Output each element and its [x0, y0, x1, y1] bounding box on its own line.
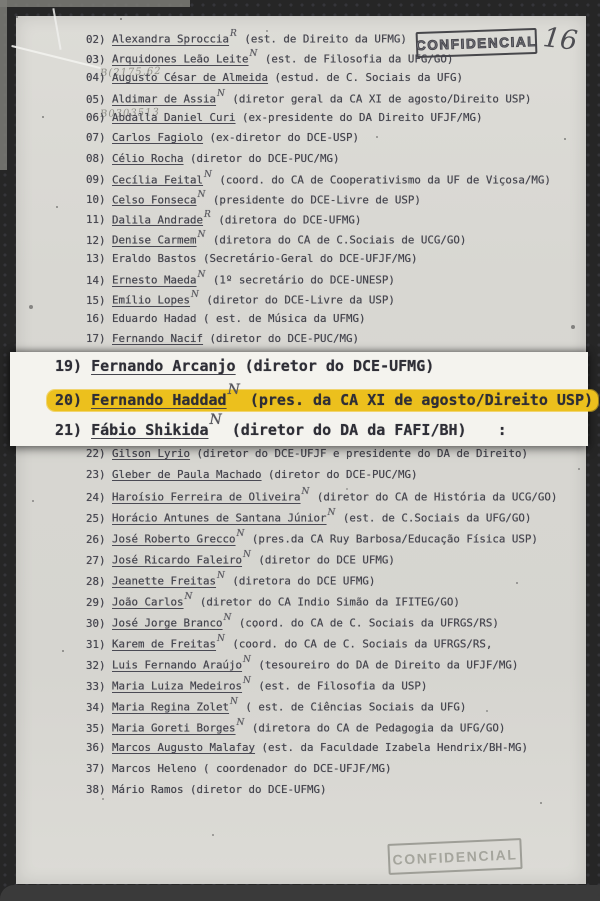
item-number: 38) — [86, 783, 106, 796]
item-description: (diretor do DCE-UFMG) — [184, 783, 327, 796]
item-description: (diretor do DA da FAFI/BH) — [223, 421, 467, 439]
handwritten-mark: N — [185, 592, 193, 602]
item-number: 28) — [86, 575, 106, 588]
item-number: 14) — [86, 274, 106, 287]
stray-mark: : — [498, 421, 507, 439]
item-number: 15) — [86, 294, 106, 307]
item-description: (coord. do CA de C. Sociais da UFRGS/RS) — [232, 617, 499, 630]
item-name: Fernando Arcanjo — [91, 357, 236, 375]
list-item: 02)Alexandra SprocciaR (est. de Direito … — [86, 31, 551, 51]
list-item: 25)Horácio Antunes de Santana JúniorN (e… — [86, 510, 557, 531]
list-item: 29)João CarlosN (diretor do CA Indio Sim… — [86, 594, 557, 615]
item-name: Ernesto Maeda — [112, 274, 197, 287]
list-item: 08)Célio Rocha (diretor do DCE-PUC/MG) — [86, 152, 551, 172]
list-item: 05)Aldimar de AssiaN (diretor geral da C… — [86, 91, 551, 111]
item-name: Carlos Fagiolo — [112, 131, 203, 144]
list-item: 31)Karem de FreitasN (coord. do CA de C.… — [86, 636, 557, 657]
item-number: 30) — [86, 617, 106, 630]
item-name: Alexandra Sproccia — [112, 33, 229, 46]
inset-list-item: 21)Fábio ShikidaN (diretor do DA da FAFI… — [55, 417, 588, 447]
list-item: 35)Maria Goreti BorgesN (diretora do CA … — [86, 720, 557, 741]
list-item: 26)José Roberto GreccoN (pres.da CA Ruy … — [86, 531, 557, 552]
item-name: Jeanette Freitas — [112, 575, 216, 588]
item-name: Denise Carmem — [112, 234, 197, 247]
item-number: 29) — [86, 596, 106, 609]
list-item: 11)Dalila AndradeR (diretora do DCE-UFMG… — [86, 212, 551, 232]
inset-item-content: 19)Fernando Arcanjo (diretor do DCE-UFMG… — [47, 356, 439, 377]
item-description: (presidente do DCE-Livre de USP) — [206, 193, 421, 206]
list-item: 03)Arquidones Leão LeiteN (est. de Filos… — [86, 51, 551, 71]
inset-item-content: 21)Fábio ShikidaN (diretor do DA da FAFI… — [47, 420, 472, 441]
item-name: Fábio Shikida — [91, 421, 208, 439]
list-item: 30)José Jorge BrancoN (coord. do CA de C… — [86, 615, 557, 636]
list-item: 07)Carlos Fagiolo (ex-diretor do DCE-USP… — [86, 131, 551, 151]
scan-frame-bottom-band — [0, 885, 600, 901]
item-description: (diretor do DCE UFMG) — [252, 554, 395, 567]
item-number: 31) — [86, 638, 106, 651]
item-number: 02) — [86, 33, 106, 46]
typed-list-upper: 02)Alexandra SprocciaR (est. de Direito … — [86, 31, 551, 353]
item-name: Fernando Nacif — [112, 332, 203, 345]
handwritten-mark: N — [302, 487, 310, 497]
item-number: 22) — [86, 447, 106, 460]
handwritten-mark: N — [230, 697, 238, 707]
inset-item-content: 20)Fernando HaddadN (pres. da CA XI de a… — [47, 390, 598, 411]
confidencial-stamp-bottom: CONFIDENCIAL — [387, 838, 522, 875]
item-number: 37) — [86, 762, 106, 775]
item-number: 10) — [86, 193, 106, 206]
item-number: 24) — [86, 491, 106, 504]
item-name: Mário Ramos — [112, 783, 184, 796]
item-description: (pres.da CA Ruy Barbosa/Educação Física … — [245, 533, 538, 546]
list-item: 34)Maria Regina ZoletN ( est. de Ciência… — [86, 699, 557, 720]
item-description: (pres. da CA XI de agosto/Direito USP) — [241, 391, 593, 409]
list-item: 22)Gilson Lyrio (diretor do DCE-UFJF e p… — [86, 447, 557, 468]
scan-edge-top — [0, 0, 190, 7]
handwritten-mark: R — [230, 29, 237, 39]
item-number: 34) — [86, 701, 106, 714]
item-description: (diretor do DCE-UFMG) — [236, 357, 435, 375]
list-item: 28)Jeanette FreitasN (diretora do DCE UF… — [86, 573, 557, 594]
item-number: 08) — [86, 152, 106, 165]
item-name: Marcos Heleno — [112, 762, 197, 775]
item-number: 36) — [86, 741, 106, 754]
item-description: (diretor do CA Indio Simão da IFITEG/GO) — [193, 596, 460, 609]
item-number: 11) — [86, 213, 106, 226]
item-description: (est. de Filosofia da UFG/GO) — [258, 53, 453, 66]
item-name: Horácio Antunes de Santana Júnior — [112, 512, 327, 525]
list-item: 37)Marcos Heleno ( coordenador do DCE-UF… — [86, 762, 557, 783]
item-number: 27) — [86, 554, 106, 567]
item-description: (ex-presidente do DA Direito UFJF/MG) — [236, 111, 483, 124]
item-name: Karem de Freitas — [112, 638, 216, 651]
item-name: Emílio Lopes — [112, 294, 190, 307]
list-item: 09)Cecília FeitalN (coord. do CA de Coop… — [86, 172, 551, 192]
scan-edge-left — [0, 0, 7, 170]
item-description: (estud. de C. Sociais da UFG) — [268, 71, 463, 84]
typed-list-lower: 22)Gilson Lyrio (diretor do DCE-UFJF e p… — [86, 447, 557, 804]
item-name: Eduardo Hadad — [112, 312, 197, 325]
item-description: (est. de Direito da UFMG) — [238, 33, 407, 46]
item-name: Celso Fonseca — [112, 193, 197, 206]
item-description: ( est. de Música da UFMG) — [197, 312, 366, 325]
item-name: Maria Goreti Borges — [112, 722, 236, 735]
item-name: Maria Luiza Medeiros — [112, 680, 242, 693]
inset-list-item: 19)Fernando Arcanjo (diretor do DCE-UFMG… — [55, 357, 588, 387]
item-number: 03) — [86, 53, 106, 66]
item-name: Aldimar de Assia — [112, 93, 216, 106]
item-number: 09) — [86, 173, 106, 186]
item-description: (est. de C.Sociais da UFG/GO) — [336, 512, 531, 525]
item-description: (diretor do DCE-PUC/MG) — [262, 468, 418, 481]
item-description: ( est. de Ciências Sociais da UFG) — [239, 701, 467, 714]
item-number: 12) — [86, 234, 106, 247]
list-item: 06)Abdalla Daniel Curi (ex-presidente do… — [86, 111, 551, 131]
handwritten-mark: N — [191, 290, 199, 300]
item-description: (coord. do CA de Cooperativismo da UF de… — [213, 173, 551, 186]
list-item: 33)Maria Luiza MedeirosN (est. de Filoso… — [86, 678, 557, 699]
item-description: (est. da Faculdade Izabela Hendrix/BH-MG… — [255, 741, 528, 754]
item-name: Gleber de Paula Machado — [112, 468, 262, 481]
handwritten-mark: N — [217, 571, 225, 581]
item-number: 21) — [55, 421, 82, 439]
item-description: ( coordenador do DCE-UFJF/MG) — [197, 762, 392, 775]
item-name: Fernando Haddad — [91, 391, 226, 409]
inset-list-item: 20)Fernando HaddadN (pres. da CA XI de a… — [55, 387, 588, 417]
item-description: (diretor do DCE-PUC/MG) — [203, 332, 359, 345]
handwritten-mark: N — [328, 508, 336, 518]
item-description: (tesoureiro do DA de Direito da UFJF/MG) — [252, 659, 519, 672]
item-number: 07) — [86, 131, 106, 144]
item-number: 33) — [86, 680, 106, 693]
handwritten-mark: N — [243, 655, 251, 665]
handwritten-mark: N — [198, 230, 206, 240]
list-item: 12)Denise CarmemN (diretora do CA de C.S… — [86, 232, 551, 252]
handwritten-mark: R — [204, 210, 211, 220]
item-number: 13) — [86, 252, 106, 265]
item-number: 23) — [86, 468, 106, 481]
list-item: 15)Emílio LopesN (diretor do DCE-Livre d… — [86, 292, 551, 312]
item-description: (diretora do DCE-UFMG) — [212, 213, 362, 226]
list-item: 23)Gleber de Paula Machado (diretor do D… — [86, 468, 557, 489]
item-number: 19) — [55, 357, 82, 375]
item-name: Marcos Augusto Malafay — [112, 741, 255, 754]
document-page: CONFIDENCIAL 16 B(2175,62 B0303513 02)Al… — [16, 16, 586, 884]
item-name: Haroísio Ferreira de Oliveira — [112, 491, 301, 504]
item-name: Cecília Feital — [112, 173, 203, 186]
list-item: 14)Ernesto MaedaN (1º secretário do DCE-… — [86, 272, 551, 292]
item-description: (diretora do CA de Pedagogia da UFG/GO) — [245, 722, 505, 735]
item-number: 16) — [86, 312, 106, 325]
item-name: Arquidones Leão Leite — [112, 53, 249, 66]
item-number: 35) — [86, 722, 106, 735]
item-number: 26) — [86, 533, 106, 546]
dust-specks — [16, 16, 18, 18]
handwritten-mark: N — [243, 676, 251, 686]
list-item: 16)Eduardo Hadad ( est. de Música da UFM… — [86, 312, 551, 332]
item-name: José Roberto Grecco — [112, 533, 236, 546]
item-description: (diretor geral da CA XI de agosto/Direit… — [226, 93, 532, 106]
handwritten-mark: N — [204, 170, 212, 180]
list-item: 13)Eraldo Bastos (Secretário-Geral do DC… — [86, 252, 551, 272]
scanned-document: CONFIDENCIAL 16 B(2175,62 B0303513 02)Al… — [0, 0, 600, 901]
item-number: 25) — [86, 512, 106, 525]
item-number: 17) — [86, 332, 106, 345]
item-description: (diretor do CA de História da UCG/GO) — [310, 491, 557, 504]
item-number: 32) — [86, 659, 106, 672]
item-description: (ex-diretor do DCE-USP) — [203, 131, 359, 144]
item-number: 20) — [55, 391, 82, 409]
handwritten-mark: N — [198, 190, 206, 200]
item-name: Maria Regina Zolet — [112, 701, 229, 714]
item-name: Eraldo Bastos — [112, 252, 197, 265]
list-item: 32)Luis Fernando AraújoN (tesoureiro do … — [86, 657, 557, 678]
handwritten-mark: N — [198, 270, 206, 280]
item-number: 04) — [86, 71, 106, 84]
list-item: 04)Augusto César de Almeida (estud. de C… — [86, 71, 551, 91]
item-name: Luis Fernando Araújo — [112, 659, 242, 672]
item-description: (Secretário-Geral do DCE-UFJF/MG) — [197, 252, 418, 265]
item-description: (diretor do DCE-PUC/MG) — [184, 152, 340, 165]
item-name: Augusto César de Almeida — [112, 71, 268, 84]
list-item: 38)Mário Ramos (diretor do DCE-UFMG) — [86, 783, 557, 804]
list-item: 10)Celso FonsecaN (presidente do DCE-Liv… — [86, 192, 551, 212]
list-item: 27)José Ricardo FaleiroN (diretor do DCE… — [86, 552, 557, 573]
handwritten-mark: N — [243, 550, 251, 560]
list-item: 24)Haroísio Ferreira de OliveiraN (diret… — [86, 489, 557, 510]
item-number: 05) — [86, 93, 106, 106]
handwritten-mark: N — [250, 49, 258, 59]
item-name: José Jorge Branco — [112, 617, 223, 630]
item-name: Abdalla Daniel Curi — [112, 111, 236, 124]
item-description: (diretora do CA de C.Sociais de UCG/GO) — [206, 234, 466, 247]
item-name: Dalila Andrade — [112, 213, 203, 226]
item-description: (diretor do DCE-UFJF e presidente do DA … — [190, 447, 528, 460]
item-description: (coord. do CA de C. Sociais da UFRGS/RS, — [226, 638, 493, 651]
handwritten-mark: N — [228, 382, 240, 398]
handwritten-mark: N — [237, 718, 245, 728]
item-description: (diretor do DCE-Livre da USP) — [200, 294, 395, 307]
handwritten-mark: N — [224, 613, 232, 623]
item-description: (1º secretário do DCE-UNESP) — [206, 274, 395, 287]
handwritten-mark: N — [210, 412, 222, 428]
handwritten-mark: N — [237, 529, 245, 539]
item-description: (est. de Filosofia da USP) — [252, 680, 428, 693]
handwritten-mark: N — [217, 634, 225, 644]
list-item: 17)Fernando Nacif (diretor do DCE-PUC/MG… — [86, 332, 551, 352]
item-name: João Carlos — [112, 596, 184, 609]
list-item: 36)Marcos Augusto Malafay (est. da Facul… — [86, 741, 557, 762]
item-name: Gilson Lyrio — [112, 447, 190, 460]
enlarged-inset-overlay: 19)Fernando Arcanjo (diretor do DCE-UFMG… — [10, 352, 588, 446]
handwritten-mark: N — [217, 89, 225, 99]
item-name: José Ricardo Faleiro — [112, 554, 242, 567]
item-name: Célio Rocha — [112, 152, 184, 165]
item-description: (diretora do DCE UFMG) — [226, 575, 376, 588]
item-number: 06) — [86, 111, 106, 124]
